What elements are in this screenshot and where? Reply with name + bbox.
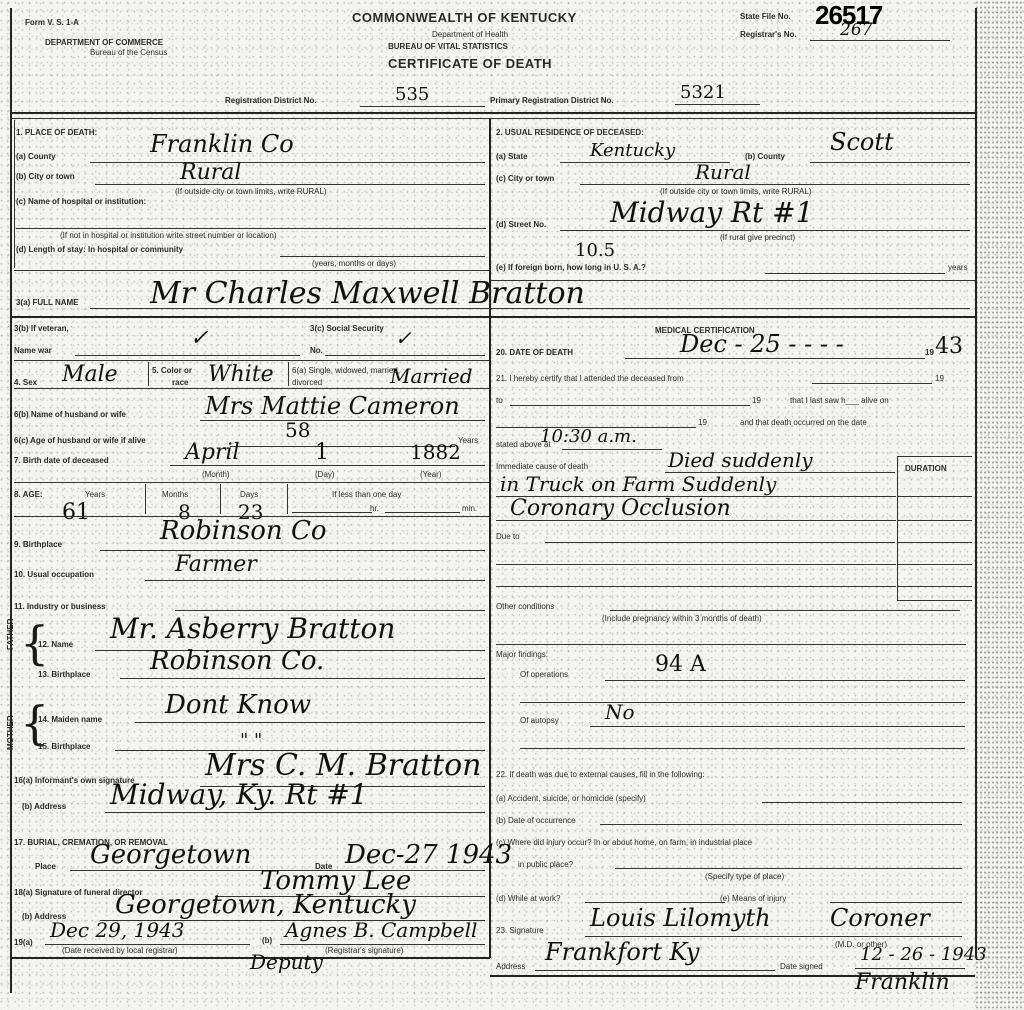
cause-label: Immediate cause of death <box>496 462 588 471</box>
death-date: Dec - 25 - - - - <box>680 330 844 358</box>
primary-reg-line <box>675 104 760 105</box>
res-city-label: (c) City or town <box>496 174 554 183</box>
informant-address-line <box>105 812 485 813</box>
ss-no-label: No. <box>310 346 323 355</box>
sex-divider <box>148 362 149 386</box>
race-label-2: race <box>172 378 188 387</box>
primary-reg-number: 5321 <box>680 82 726 103</box>
registrar-label: Registrar's No. <box>740 30 797 39</box>
duration-row-1 <box>897 496 972 497</box>
age-months-caption: Months <box>162 490 188 499</box>
certify-19-b: 19 <box>752 396 761 405</box>
marital-label-1: 6(a) Single, widowed, married, <box>292 366 400 375</box>
certifier-date-line <box>855 968 965 969</box>
county-line <box>90 162 485 163</box>
mother-maiden-label: 14. Maiden name <box>38 715 102 724</box>
ss-line <box>325 355 485 356</box>
external-c-note: (Specify type of place) <box>705 872 784 881</box>
autopsy-value: No <box>605 700 635 724</box>
war-value: ✓ <box>190 326 208 351</box>
spouse-age: 58 <box>285 418 310 442</box>
time-of-death: 10:30 a.m. <box>540 426 637 447</box>
min-line <box>385 512 460 513</box>
operations-line-2 <box>520 702 965 703</box>
stay-label: (d) Length of stay: In hospital or commu… <box>16 245 183 254</box>
operations-value: 94 A <box>655 652 706 677</box>
veteran-label: 3(b) If veteran, <box>14 324 69 333</box>
hr-caption: hr. <box>370 504 379 513</box>
state-file-label: State File No. <box>740 12 791 21</box>
operations-line <box>605 680 965 681</box>
full-name: Mr Charles Maxwell Bratton <box>150 276 585 311</box>
bureau-census: Bureau of the Census <box>90 48 167 57</box>
marital-value: Married <box>390 364 473 388</box>
res-street-label: (d) Street No. <box>496 220 546 229</box>
reg-district-line <box>360 106 485 107</box>
primary-reg-label: Primary Registration District No. <box>490 96 614 105</box>
duration-row-5 <box>897 586 972 587</box>
reg-district-label: Registration District No. <box>225 96 317 105</box>
director-address: Georgetown, Kentucky <box>115 890 416 920</box>
external-c-label: (c) Where did injury occur? In or about … <box>496 838 752 847</box>
form-number: Form V. S. 1-A <box>25 18 79 27</box>
birthplace-line <box>100 550 485 551</box>
duration-box-bottom <box>897 600 972 601</box>
major-findings-label: Major findings: <box>496 650 548 659</box>
registrar-line <box>810 40 950 41</box>
birth-line <box>170 465 485 466</box>
burial-place: Georgetown <box>90 840 251 870</box>
duration-row-2 <box>897 520 972 521</box>
external-c-label-2: in public place? <box>518 860 573 869</box>
due-to-line-3 <box>496 586 896 587</box>
race-value: White <box>208 362 274 387</box>
cause-line-3 <box>496 520 896 521</box>
city-line <box>95 184 485 185</box>
certifier-title: Coroner <box>830 904 930 932</box>
stay-note: (years, months or days) <box>312 259 396 268</box>
certifier-date-label: Date signed <box>780 962 823 971</box>
occupation-line <box>145 580 485 581</box>
certify-19-a: 19 <box>935 374 944 383</box>
city-note: (If outside city or town limits, write R… <box>175 187 327 196</box>
place-of-death-label: 1. PLACE OF DEATH: <box>16 128 97 137</box>
external-a-label: (a) Accident, suicide, or homicide (spec… <box>496 794 646 803</box>
residence-label: 2. USUAL RESIDENCE OF DECEASED: <box>496 128 644 137</box>
external-a-line <box>762 802 962 803</box>
age-divider-1 <box>145 484 146 514</box>
industry-label: 11. Industry or business <box>14 602 106 611</box>
race-label-1: 5. Color or <box>152 366 192 375</box>
res-county-line <box>810 162 970 163</box>
duration-row-4 <box>897 564 972 565</box>
res-city-note: (If outside city or town limits, write R… <box>660 187 812 196</box>
row-divider-2 <box>14 388 489 389</box>
box1-top <box>10 118 490 119</box>
father-caption: FATHER <box>6 619 15 650</box>
external-b-label: (b) Date of occurrence <box>496 816 576 825</box>
father-birthplace-label: 13. Birthplace <box>38 670 90 679</box>
res-extra-mark: 10.5 <box>575 240 615 261</box>
father-name-label: 12. Name <box>38 640 73 649</box>
father-name: Mr. Asberry Bratton <box>110 612 395 645</box>
right-border <box>975 8 977 958</box>
row-divider-1 <box>14 360 489 361</box>
certify-from-line <box>812 383 932 384</box>
marital-label-2: divorced <box>292 378 322 387</box>
scan-noise-edge <box>975 0 1024 1010</box>
duration-row-3 <box>897 542 972 543</box>
birth-day: 1 <box>315 440 329 465</box>
margin-note: Franklin <box>855 970 950 995</box>
industry-line <box>175 610 485 611</box>
less-day-caption: If less than one day <box>332 490 401 499</box>
external-e-line <box>830 902 962 903</box>
war-line <box>75 355 300 356</box>
autopsy-line-2 <box>520 748 965 749</box>
min-caption: min. <box>462 504 477 513</box>
res-state: Kentucky <box>590 140 675 161</box>
dept-commerce: DEPARTMENT OF COMMERCE <box>45 38 163 47</box>
death-year: 43 <box>935 334 963 359</box>
war-label: Name war <box>14 346 52 355</box>
birth-year: 1882 <box>410 440 461 464</box>
certify-to-line <box>510 405 750 406</box>
informant-address-label: (b) Address <box>22 802 66 811</box>
father-birthplace: Robinson Co. <box>150 646 324 676</box>
res-years-label: years <box>948 263 968 272</box>
certifier-date: 12 - 26 - 1943 <box>860 944 987 965</box>
birth-month: April <box>185 440 240 465</box>
registrar-number: 267 <box>840 20 872 40</box>
external-causes-label: 22. If death was due to external causes,… <box>496 770 705 779</box>
box2-top <box>490 118 975 119</box>
due-to-line-2 <box>496 564 896 565</box>
res-foreign-line <box>765 273 945 274</box>
hospital-line <box>16 228 486 229</box>
hospital-label: (c) Name of hospital or institution: <box>16 197 146 206</box>
death-city: Rural <box>180 160 241 185</box>
mother-maiden: Dont Know <box>165 690 311 720</box>
cause-2: in Truck on Farm Suddenly <box>500 472 776 496</box>
death-year-prefix: 19 <box>925 348 934 357</box>
certify-19-c: 19 <box>698 418 707 427</box>
mother-maiden-line <box>135 722 485 723</box>
received-line <box>45 944 250 945</box>
box1-bottom <box>14 270 489 271</box>
certifier-address-line <box>535 970 775 971</box>
certifier-sig-line <box>585 936 962 937</box>
registrar-sig-caption: (Registrar's signature) <box>325 946 403 955</box>
informant-address: Midway, Ky. Rt #1 <box>110 778 368 811</box>
certifier-signature: Louis Lilomyth <box>590 904 771 932</box>
birthplace-label: 9. Birthplace <box>14 540 62 549</box>
age-days-caption: Days <box>240 490 258 499</box>
age-divider-2 <box>220 484 221 514</box>
duration-box-left <box>897 456 898 600</box>
registrar-deputy: Deputy <box>250 950 323 974</box>
registrar-sig-label: (b) <box>262 936 272 945</box>
due-to-label: Due to <box>496 532 520 541</box>
res-foreign-label: (e) If foreign born, how long in U. S. A… <box>496 263 646 272</box>
res-street: Midway Rt #1 <box>610 196 813 229</box>
bureau-vital: BUREAU OF VITAL STATISTICS <box>388 42 508 51</box>
stay-line <box>280 256 485 257</box>
other-conditions-line-2 <box>496 644 966 645</box>
external-d-label: (d) While at work? <box>496 894 560 903</box>
external-d-line <box>585 902 725 903</box>
other-conditions-label: Other conditions <box>496 602 554 611</box>
time-line <box>562 449 662 450</box>
operations-label: Of operations <box>520 670 568 679</box>
res-state-label: (a) State <box>496 152 528 161</box>
ss-value: ✓ <box>395 326 412 350</box>
name-divider <box>10 316 975 318</box>
mother-caption: MOTHER <box>6 715 15 750</box>
received-label-no: 19(a) <box>14 938 33 947</box>
cause-3: Coronary Occlusion <box>510 496 731 521</box>
ss-label: 3(c) Social Security <box>310 324 384 333</box>
spouse-name: Mrs Mattie Cameron <box>205 392 460 420</box>
certify-line-3: and that death occurred on the date <box>740 418 867 427</box>
occupation-label: 10. Usual occupation <box>14 570 94 579</box>
full-name-line <box>90 308 970 309</box>
res-city-line <box>580 184 970 185</box>
due-to-line-1 <box>545 542 895 543</box>
autopsy-label: Of autopsy <box>520 716 559 725</box>
res-street-line <box>560 230 970 231</box>
cause-1: Died suddenly <box>668 448 813 472</box>
duration-label: DURATION <box>905 464 947 473</box>
registrar-signature: Agnes B. Campbell <box>285 918 477 942</box>
age-years-caption: Years <box>85 490 105 499</box>
res-street-note: (If rural give precinct) <box>720 233 795 242</box>
received-date: Dec 29, 1943 <box>50 918 185 942</box>
received-caption: (Date received by local registrar) <box>62 946 178 955</box>
other-conditions-line <box>610 610 960 611</box>
certificate-title: CERTIFICATE OF DEATH <box>388 56 552 71</box>
father-birthplace-line <box>120 678 485 679</box>
left-border <box>10 8 12 993</box>
spouse-line <box>200 420 485 421</box>
certify-line-2: that I last saw h___ alive on <box>790 396 889 405</box>
dept-health: Department of Health <box>432 30 508 39</box>
age-label: 8. AGE: <box>14 490 43 499</box>
occupation: Farmer <box>175 552 257 577</box>
res-county: Scott <box>830 128 894 156</box>
birth-date-label: 7. Birth date of deceased <box>14 456 109 465</box>
external-c-line <box>615 868 962 869</box>
autopsy-line <box>590 726 965 727</box>
spouse-age-label: 6(c) Age of husband or wife if alive <box>14 436 146 445</box>
death-county: Franklin Co <box>150 130 294 158</box>
commonwealth-title: COMMONWEALTH OF KENTUCKY <box>352 10 577 25</box>
mother-birthplace-label: 15. Birthplace <box>38 742 90 751</box>
hospital-note: (If not in hospital or institution write… <box>60 231 277 240</box>
day-caption: (Day) <box>315 470 335 479</box>
other-conditions-note: (Include pregnancy within 3 months of de… <box>602 614 762 623</box>
certifier-address: Frankfort Ky <box>545 938 699 966</box>
certify-to: to <box>496 396 503 405</box>
county-label: (a) County <box>16 152 56 161</box>
certify-line-1: 21. I hereby certify that I attended the… <box>496 374 684 383</box>
month-caption: (Month) <box>202 470 230 479</box>
hr-line <box>292 512 372 513</box>
full-name-label: 3(a) FULL NAME <box>16 298 79 307</box>
sex-label: 4. Sex <box>14 378 37 387</box>
death-date-label: 20. DATE OF DEATH <box>496 348 573 357</box>
year-caption: (Year) <box>420 470 442 479</box>
certifier-sig-label: 23. Signature <box>496 926 544 935</box>
age-divider-3 <box>287 484 288 514</box>
external-b-line <box>600 824 962 825</box>
certifier-address-label: Address <box>496 962 525 971</box>
duration-box-top <box>897 456 972 457</box>
header-divider <box>10 112 975 114</box>
sex-value: Male <box>62 362 118 387</box>
external-e-label: (e) Means of injury <box>720 894 786 903</box>
row-divider-3 <box>14 482 489 483</box>
reg-district-number: 535 <box>395 84 429 105</box>
city-label: (b) City or town <box>16 172 75 181</box>
res-county-label: (b) County <box>745 152 785 161</box>
box1-left <box>14 120 15 268</box>
spouse-age-unit: Years <box>458 436 478 445</box>
center-divider <box>489 118 491 958</box>
spouse-label: 6(b) Name of husband or wife <box>14 410 126 419</box>
burial-place-label: Place <box>35 862 56 871</box>
age-years: 61 <box>62 500 90 525</box>
race-divider <box>288 362 289 386</box>
res-city: Rural <box>695 160 751 184</box>
birthplace: Robinson Co <box>160 516 327 546</box>
death-date-line <box>625 358 925 359</box>
registrar-sig-line <box>280 944 485 945</box>
